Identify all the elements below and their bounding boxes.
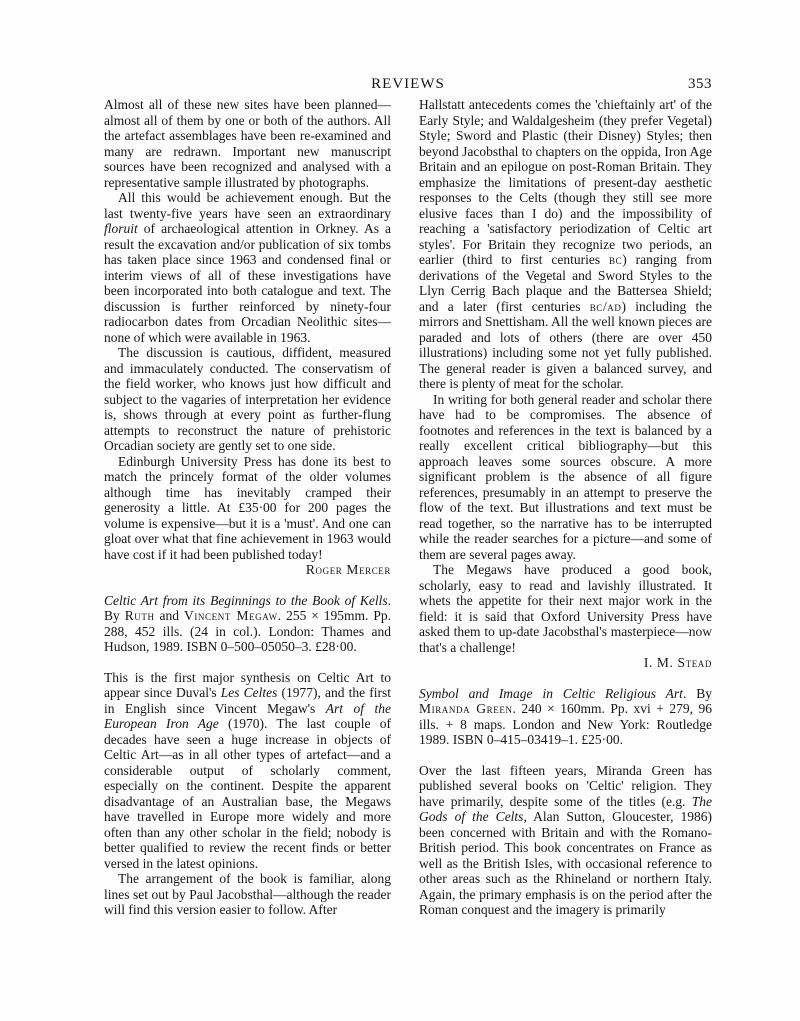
text-run: of archaeological attention in Orkney. A… — [104, 221, 391, 345]
text-run: The arrangement of the book is familiar,… — [104, 871, 391, 917]
text-run: Almost all of these new sites have been … — [104, 97, 391, 190]
small-caps-text: Vincent Megaw — [184, 608, 278, 623]
body-paragraph: All this would be achievement enough. Bu… — [104, 190, 391, 345]
body-paragraph: In writing for both general reader and s… — [419, 392, 712, 563]
small-caps-text: Ruth — [125, 608, 155, 623]
text-run: and — [155, 608, 184, 623]
journal-page: REVIEWS 353 Almost all of these new site… — [0, 0, 800, 1021]
text-run: , Alan Sutton, Gloucester, 1986) been co… — [419, 809, 712, 917]
text-run: . By — [683, 686, 712, 701]
small-caps-text: Roger Mercer — [306, 562, 391, 577]
body-paragraph: The discussion is cautious, diffident, m… — [104, 345, 391, 454]
body-paragraph: The Megaws have produced a good book, sc… — [419, 562, 712, 655]
text-run: Hallstatt antecedents comes the 'chiefta… — [419, 97, 712, 267]
body-paragraph: This is the first major synthesis on Cel… — [104, 670, 391, 872]
book-citation: Symbol and Image in Celtic Religious Art… — [419, 686, 712, 748]
page-number: 353 — [688, 76, 712, 92]
italic-text: Symbol and Image in Celtic Religious Art — [419, 686, 683, 701]
body-paragraph: Edinburgh University Press has done its … — [104, 454, 391, 563]
reviewer-signature: I. M. Stead — [419, 655, 712, 671]
text-run: Edinburgh University Press has done its … — [104, 454, 391, 562]
reviewer-signature: Roger Mercer — [104, 562, 391, 578]
small-caps-text: I. M. Stead — [644, 655, 712, 670]
body-paragraph: Hallstatt antecedents comes the 'chiefta… — [419, 97, 712, 392]
body-paragraph: The arrangement of the book is familiar,… — [104, 871, 391, 918]
book-citation: Celtic Art from its Beginnings to the Bo… — [104, 593, 391, 655]
running-head: REVIEWS 353 — [104, 76, 712, 92]
text-run: In writing for both general reader and s… — [419, 392, 712, 562]
text-run: (1970). The last couple of decades have … — [104, 716, 391, 871]
body-paragraph: Over the last fifteen years, Miranda Gre… — [419, 763, 712, 918]
running-title: REVIEWS — [371, 76, 445, 92]
small-caps-text: Miranda Green — [419, 701, 513, 716]
body-paragraph: Almost all of these new sites have been … — [104, 97, 391, 190]
italic-text: Les Celtes — [221, 685, 278, 700]
right-column: Hallstatt antecedents comes the 'chiefta… — [419, 97, 712, 918]
small-caps-text: bc/ad — [590, 299, 622, 314]
text-run: Over the last fifteen years, Miranda Gre… — [419, 763, 712, 809]
text-run: The Megaws have produced a good book, sc… — [419, 562, 712, 655]
text-run: All this would be achievement enough. Bu… — [104, 190, 391, 221]
text-run: The discussion is cautious, diffident, m… — [104, 345, 391, 453]
italic-text: floruit — [104, 221, 138, 236]
italic-text: Celtic Art from its Beginnings to the Bo… — [104, 593, 388, 608]
left-column: Almost all of these new sites have been … — [104, 97, 391, 918]
small-caps-text: bc — [609, 252, 622, 267]
